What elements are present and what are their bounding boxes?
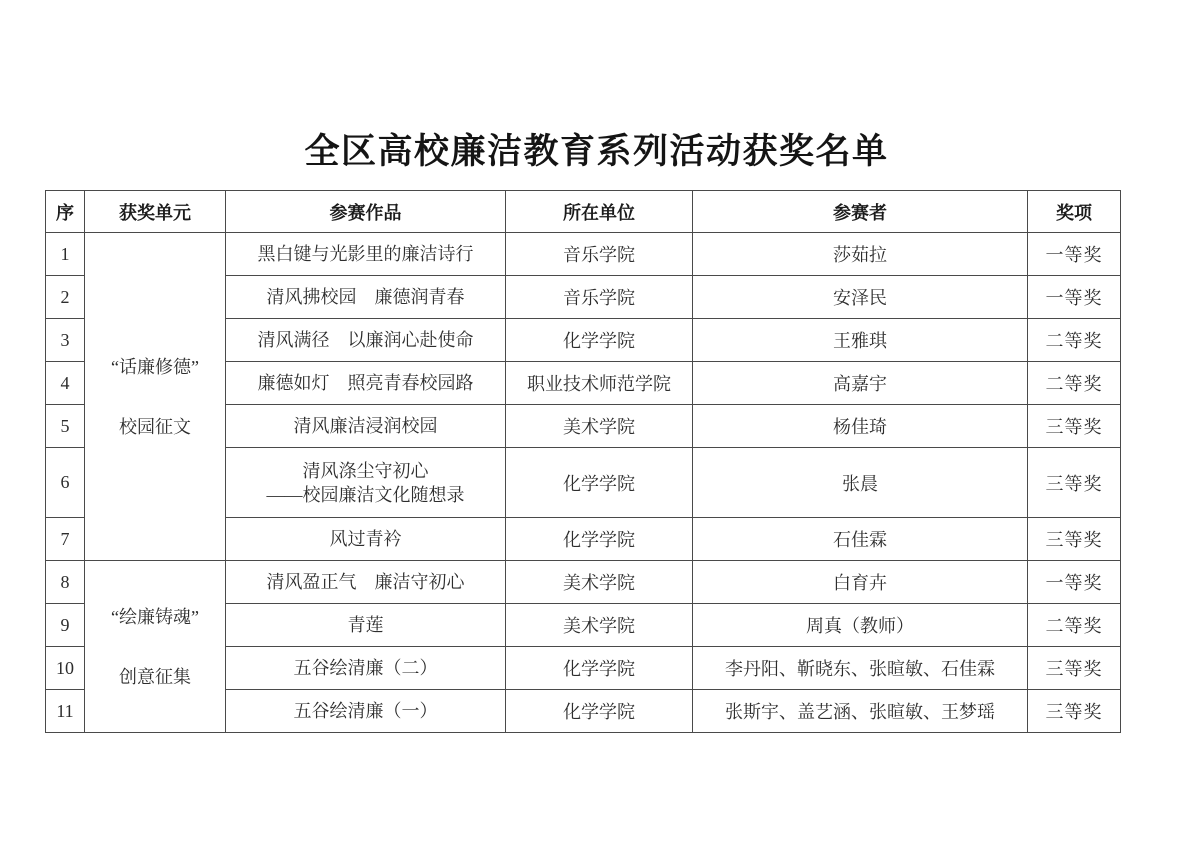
cell-award: 一等奖 [1028,561,1121,604]
cell-participant: 莎茹拉 [693,233,1028,276]
cell-participant: 石佳霖 [693,518,1028,561]
cell-no: 8 [46,561,85,604]
cell-org: 化学学院 [506,647,693,690]
cell-no: 6 [46,448,85,518]
cell-no: 3 [46,319,85,362]
awards-table: 序 获奖单元 参赛作品 所在单位 参赛者 奖项 1 “话廉修德” 校园征文 黑白… [45,190,1121,733]
cell-participant: 李丹阳、靳晓东、张暄敏、石佳霖 [693,647,1028,690]
header-participant: 参赛者 [693,191,1028,233]
cell-work: 清风盈正气 廉洁守初心 [226,561,506,604]
header-no: 序 [46,191,85,233]
cell-work: 清风廉洁浸润校园 [226,405,506,448]
cell-work: 清风涤尘守初心 ——校园廉洁文化随想录 [226,448,506,518]
cell-participant: 高嘉宇 [693,362,1028,405]
header-row: 序 获奖单元 参赛作品 所在单位 参赛者 奖项 [46,191,1121,233]
cell-no: 9 [46,604,85,647]
table-row: 8 “绘廉铸魂” 创意征集 清风盈正气 廉洁守初心 美术学院 白育卉 一等奖 [46,561,1121,604]
cell-work: 清风拂校园 廉德润青春 [226,276,506,319]
cell-no: 7 [46,518,85,561]
cell-work: 五谷绘清廉（二） [226,647,506,690]
header-org: 所在单位 [506,191,693,233]
cell-work: 清风满径 以廉润心赴使命 [226,319,506,362]
cell-work: 黑白键与光影里的廉洁诗行 [226,233,506,276]
cell-award: 一等奖 [1028,233,1121,276]
cell-org: 化学学院 [506,319,693,362]
cell-no: 10 [46,647,85,690]
cell-participant: 白育卉 [693,561,1028,604]
cell-work: 廉德如灯 照亮青春校园路 [226,362,506,405]
cell-participant: 张斯宇、盖艺涵、张暄敏、王梦瑶 [693,690,1028,733]
cell-participant: 张晨 [693,448,1028,518]
cell-no: 4 [46,362,85,405]
cell-award: 三等奖 [1028,448,1121,518]
cell-participant: 杨佳琦 [693,405,1028,448]
cell-org: 美术学院 [506,561,693,604]
cell-no: 5 [46,405,85,448]
cell-participant: 安泽民 [693,276,1028,319]
cell-org: 职业技术师范学院 [506,362,693,405]
cell-work: 风过青衿 [226,518,506,561]
cell-award: 一等奖 [1028,276,1121,319]
unit-cell-essay: “话廉修德” 校园征文 [85,233,226,561]
cell-no: 11 [46,690,85,733]
cell-org: 音乐学院 [506,276,693,319]
header-work: 参赛作品 [226,191,506,233]
cell-org: 化学学院 [506,690,693,733]
cell-org: 音乐学院 [506,233,693,276]
cell-work: 青莲 [226,604,506,647]
page-title: 全区高校廉洁教育系列活动获奖名单 [0,124,1193,174]
cell-no: 2 [46,276,85,319]
cell-award: 三等奖 [1028,647,1121,690]
cell-participant: 周真（教师） [693,604,1028,647]
header-unit: 获奖单元 [85,191,226,233]
unit-cell-creative: “绘廉铸魂” 创意征集 [85,561,226,733]
cell-award: 二等奖 [1028,604,1121,647]
cell-no: 1 [46,233,85,276]
document-page: 全区高校廉洁教育系列活动获奖名单 序 获奖单元 参赛作品 所在单位 参赛者 奖项… [0,0,1193,861]
cell-org: 化学学院 [506,518,693,561]
cell-award: 二等奖 [1028,319,1121,362]
table-row: 1 “话廉修德” 校园征文 黑白键与光影里的廉洁诗行 音乐学院 莎茹拉 一等奖 [46,233,1121,276]
cell-award: 三等奖 [1028,405,1121,448]
cell-award: 三等奖 [1028,690,1121,733]
cell-org: 美术学院 [506,604,693,647]
cell-participant: 王雅琪 [693,319,1028,362]
cell-org: 化学学院 [506,448,693,518]
cell-work: 五谷绘清廉（一） [226,690,506,733]
header-award: 奖项 [1028,191,1121,233]
cell-award: 二等奖 [1028,362,1121,405]
cell-org: 美术学院 [506,405,693,448]
cell-award: 三等奖 [1028,518,1121,561]
